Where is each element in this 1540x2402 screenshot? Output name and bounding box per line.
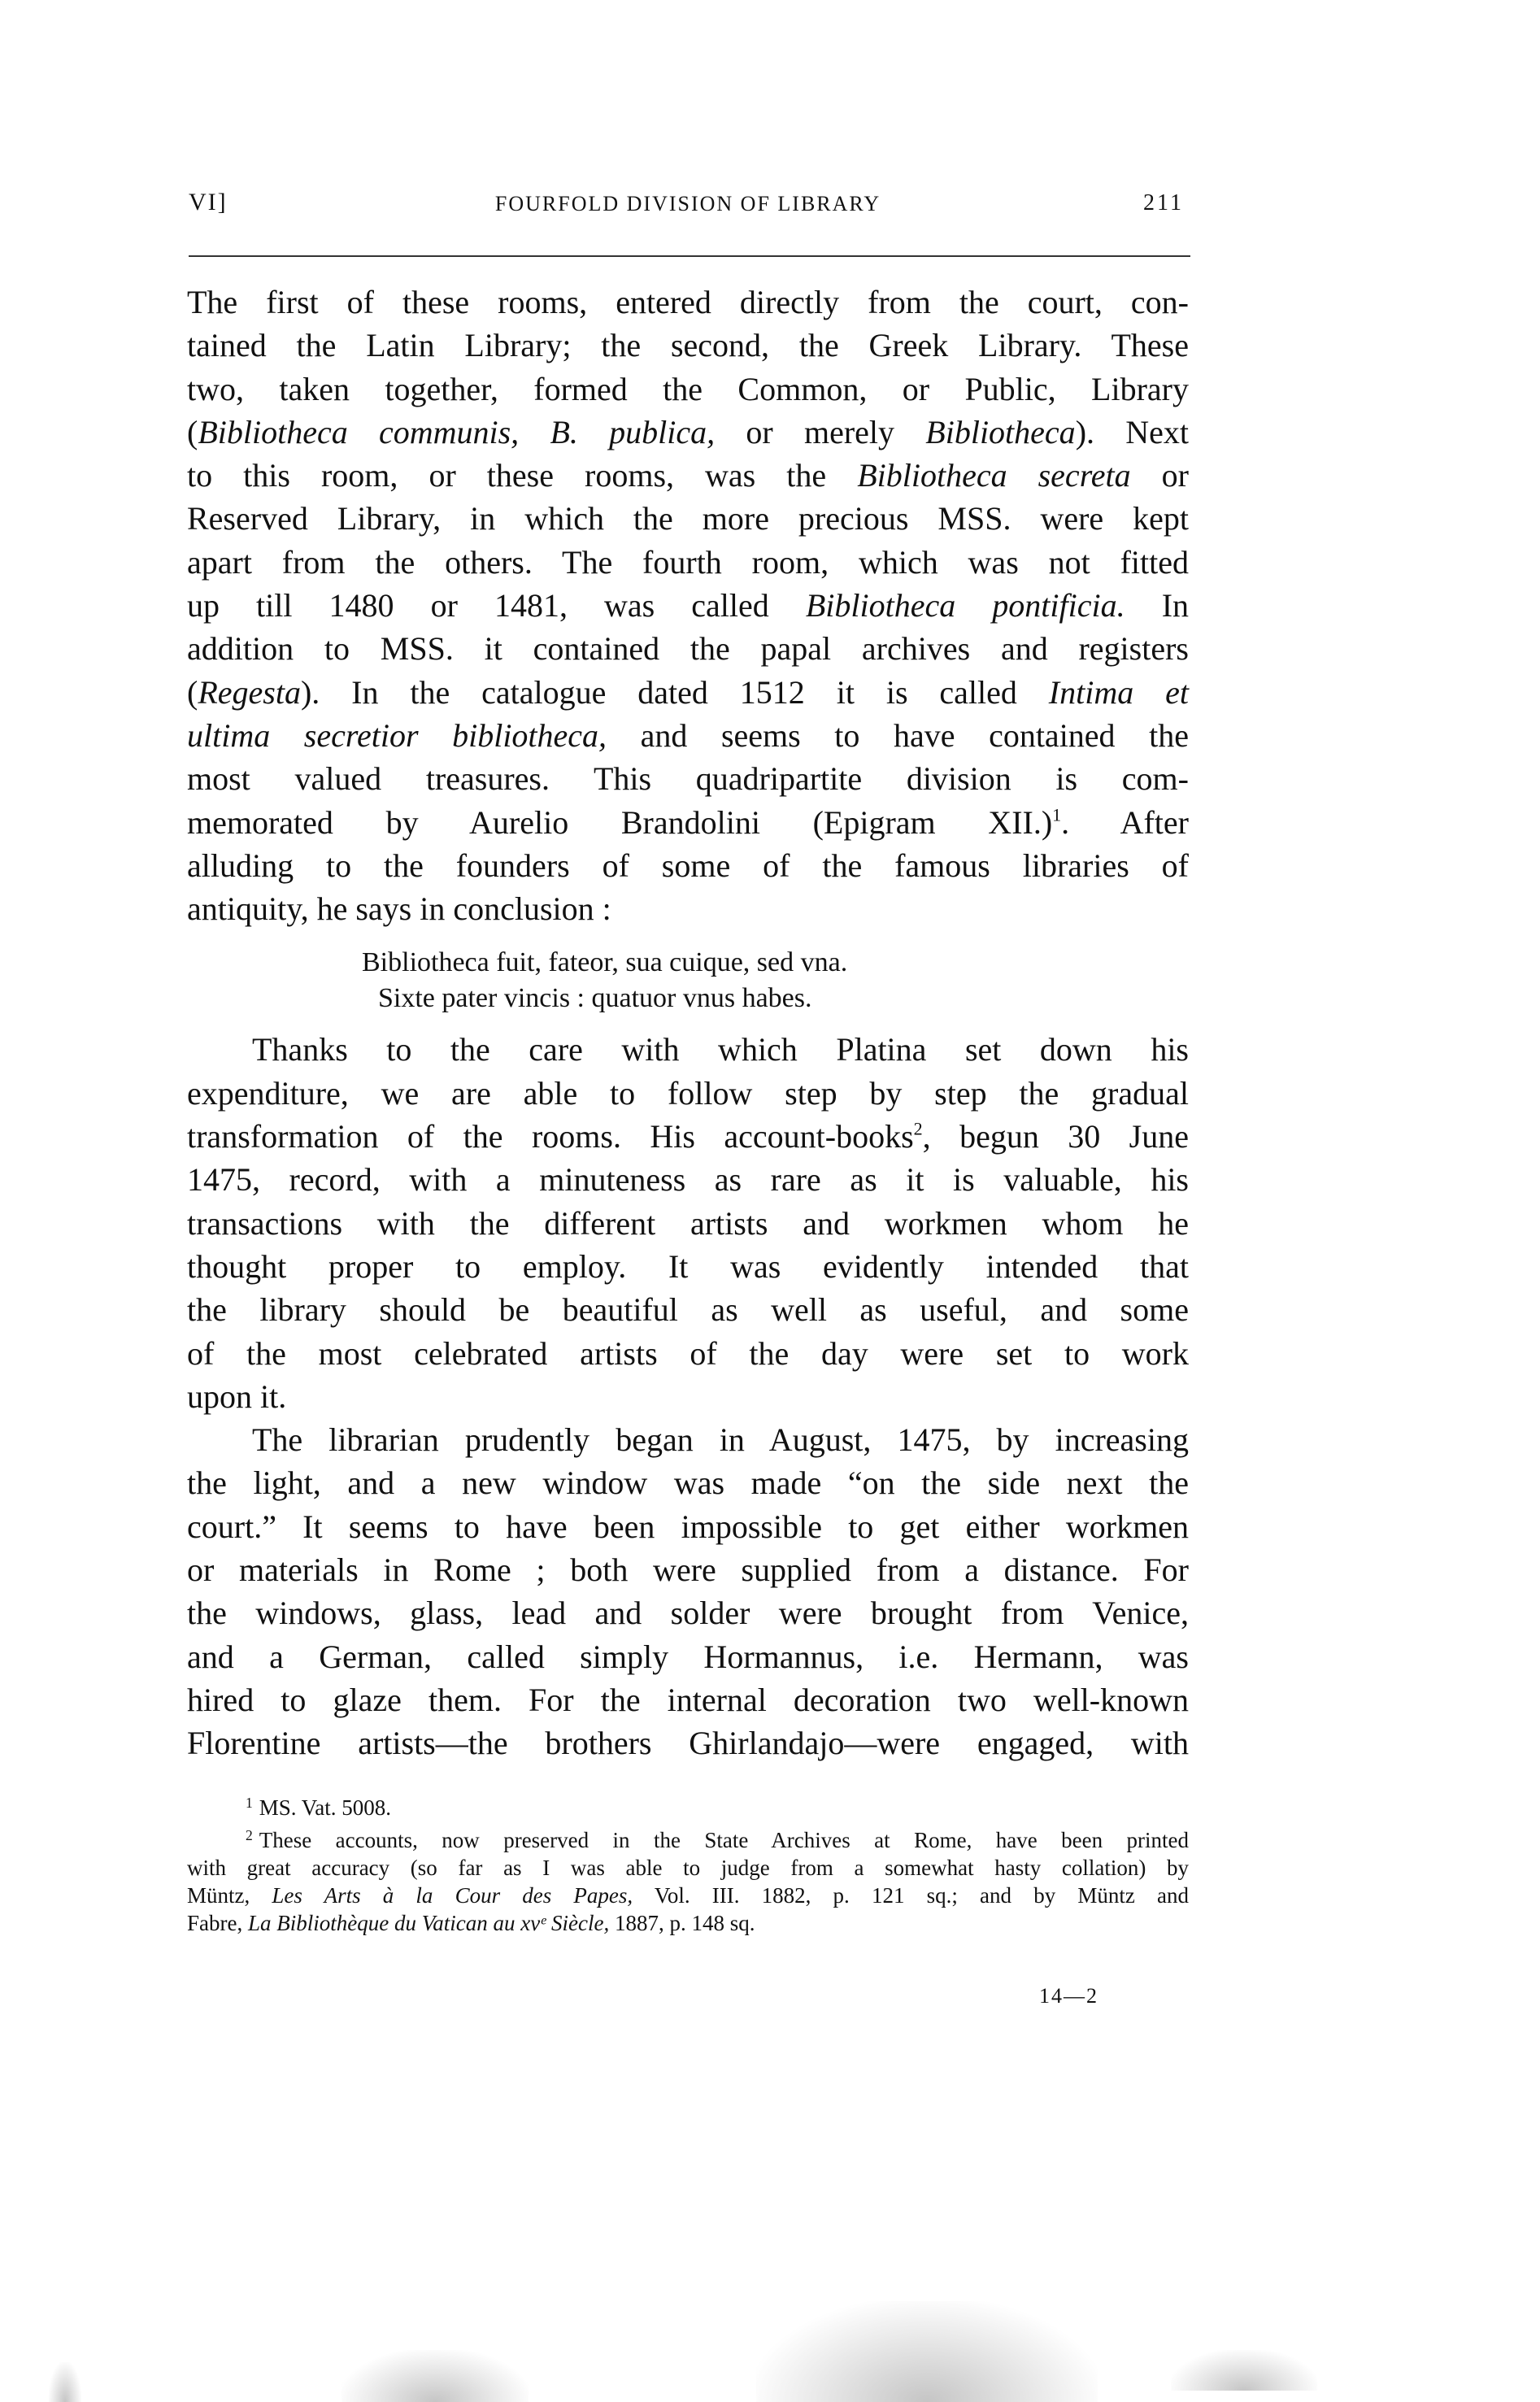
text-line: Florentine artists—the brothers Ghirland… [187,1721,1189,1765]
verse-line-1: Bibliotheca fuit, fateor, sua cuique, se… [187,945,1189,981]
running-title: FOURFOLD DIVISION OF LIBRARY [189,192,1187,216]
text-line: addition to MSS. it contained the papal … [187,627,1189,670]
text-line: tained the Latin Library; the second, th… [187,324,1189,367]
text-line: transformation of the rooms. His account… [187,1115,1189,1158]
footnotes: 1MS. Vat. 5008. 2These accounts, now pre… [187,1789,1189,1937]
text-line: of the most celebrated artists of the da… [187,1332,1189,1375]
footnote-mark: 2 [246,1827,253,1843]
scan-artifact [49,2362,81,2402]
text-line: antiquity, he says in conclusion : [187,887,1189,930]
header-rule [189,255,1190,257]
text-line: court.” It seems to have been impossible… [187,1505,1189,1548]
text-line: hired to glaze them. For the internal de… [187,1678,1189,1721]
page-number: 211 [1143,190,1184,216]
footnote-line: 1MS. Vat. 5008. [187,1789,1189,1821]
text-line: thought proper to employ. It was evident… [187,1245,1189,1288]
text-line: The librarian prudently began in August,… [187,1418,1189,1461]
text-line: Reserved Library, in which the more prec… [187,497,1189,540]
text-line: apart from the others. The fourth room, … [187,541,1189,584]
text-line: up till 1480 or 1481, was called Bibliot… [187,584,1189,627]
text-line: two, taken together, formed the Common, … [187,368,1189,411]
footnote-mark: 1 [246,1795,253,1811]
text-line: The first of these rooms, entered direct… [187,281,1189,324]
text-line: Thanks to the care with which Platina se… [187,1028,1189,1071]
printer-signature-mark: 14—2 [1039,1984,1098,2008]
footnote-1: 1MS. Vat. 5008. [187,1789,1189,1821]
text-line: the library should be beautiful as well … [187,1288,1189,1331]
text-line: most valued treasures. This quadripartit… [187,757,1189,800]
text-line: the windows, glass, lead and solder were… [187,1591,1189,1634]
text-line: transactions with the different artists … [187,1202,1189,1245]
text-line: (Bibliotheca communis, B. publica, or me… [187,411,1189,454]
verse-line-2: Sixte pater vincis : quatuor vnus habes. [187,981,1189,1016]
scan-artifact [756,2301,1098,2402]
book-page: VI] FOURFOLD DIVISION OF LIBRARY 211 The… [0,0,1540,2402]
paragraph-1: The first of these rooms, entered direct… [187,281,1189,930]
paragraph-3: The librarian prudently began in August,… [187,1418,1189,1765]
text-line: expenditure, we are able to follow step … [187,1072,1189,1115]
paragraph-2: Thanks to the care with which Platina se… [187,1028,1189,1418]
footnote-line: Fabre, La Bibliothèque du Vatican au xvᵉ… [187,1909,1189,1937]
body-text: The first of these rooms, entered direct… [187,281,1189,1765]
text-line: and a German, called simply Hormannus, i… [187,1635,1189,1678]
text-line: upon it. [187,1375,1189,1418]
scan-artifact [1171,2350,1317,2391]
footnote-line: 2These accounts, now preserved in the St… [187,1821,1189,1854]
verse-quotation: Bibliotheca fuit, fateor, sua cuique, se… [187,930,1189,1028]
running-head: VI] FOURFOLD DIVISION OF LIBRARY 211 [189,189,1187,228]
footnote-line: with great accuracy (so far as I was abl… [187,1854,1189,1882]
text-line: or materials in Rome ; both were supplie… [187,1548,1189,1591]
text-line: ultima secretior bibliotheca, and seems … [187,714,1189,757]
text-line: memorated by Aurelio Brandolini (Epigram… [187,801,1189,844]
text-line: to this room, or these rooms, was the Bi… [187,454,1189,497]
footnote-line: Müntz, Les Arts à la Cour des Papes, Vol… [187,1882,1189,1909]
scan-artifact [341,2350,529,2402]
text-line: alluding to the founders of some of the … [187,844,1189,887]
text-line: the light, and a new window was made “on… [187,1461,1189,1504]
text-line: (Regesta). In the catalogue dated 1512 i… [187,671,1189,714]
text-line: 1475, record, with a minuteness as rare … [187,1158,1189,1201]
footnote-2: 2These accounts, now preserved in the St… [187,1821,1189,1937]
